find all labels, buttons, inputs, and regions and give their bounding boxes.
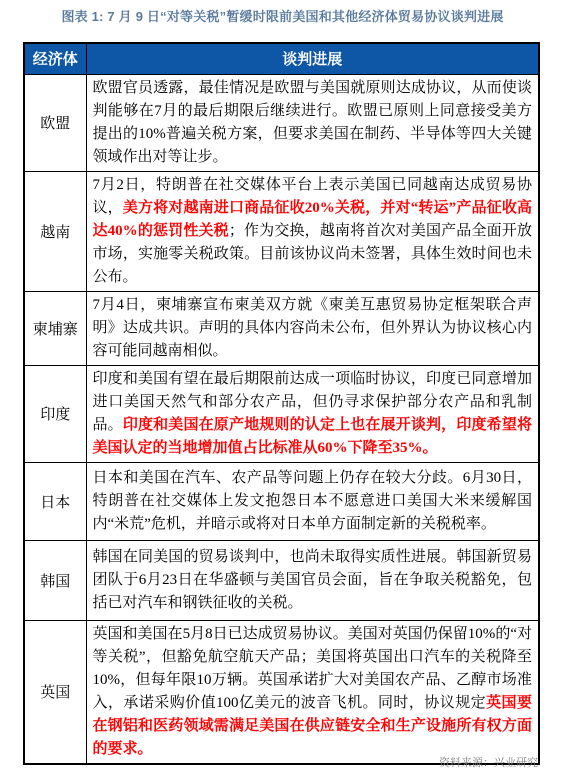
source-note: 资料来源：兴业研究 [0,754,538,770]
header-economy: 经济体 [24,43,86,74]
trade-negotiation-table: 经济体 谈判进展 欧盟 欧盟官员透露，最佳情况是欧盟与美国就原则达成协议，从而使… [23,42,540,765]
table-row: 印度 印度和美国有望在最后期限前达成一项临时协议，印度已同意增加进口美国天然气和… [24,365,539,462]
progress-cell: 英国和美国在5月8日已达成贸易协议。美国对英国仍保留10%的“对等关税”，但豁免… [86,620,539,764]
table-row: 越南 7月2日，特朗普在社交媒体平台上表示美国已同越南达成贸易协议，美方将对越南… [24,171,539,291]
progress-cell: 7月2日，特朗普在社交媒体平台上表示美国已同越南达成贸易协议，美方将对越南进口商… [86,171,539,291]
progress-cell: 欧盟官员透露，最佳情况是欧盟与美国就原则达成协议，从而使谈判能够在7月的最后期限… [86,74,539,171]
progress-cell: 7月4日，柬埔寨宣布柬美双方就《柬美互惠贸易协定框架联合声明》达成共识。声明的具… [86,291,539,365]
economy-cell: 英国 [24,620,86,764]
table-row: 韩国 韩国在同美国的贸易谈判中，也尚未取得实质性进展。韩国新贸易团队于6月23日… [24,540,539,620]
progress-segment-highlight: 印度和美国在原产地规则的认定上也在展开谈判，印度希望将美国认定的当地增加值占比标… [93,417,532,456]
progress-cell: 韩国在同美国的贸易谈判中，也尚未取得实质性进展。韩国新贸易团队于6月23日在华盛… [86,540,539,620]
table-row: 欧盟 欧盟官员透露，最佳情况是欧盟与美国就原则达成协议，从而使谈判能够在7月的最… [24,74,539,171]
table-body: 欧盟 欧盟官员透露，最佳情况是欧盟与美国就原则达成协议，从而使谈判能够在7月的最… [24,74,539,764]
progress-segment: 日本和美国在汽车、农产品等问题上仍存在较大分歧。6月30日，特朗普在社交媒体上发… [93,470,533,532]
economy-cell: 印度 [24,365,86,462]
header-progress: 谈判进展 [86,43,539,74]
progress-cell: 印度和美国有望在最后期限前达成一项临时协议，印度已同意增加进口美国天然气和部分农… [86,365,539,462]
progress-segment: 韩国在同美国的贸易谈判中，也尚未取得实质性进展。韩国新贸易团队于6月23日在华盛… [93,549,533,611]
table-row: 柬埔寨 7月4日，柬埔寨宣布柬美双方就《柬美互惠贸易协定框架联合声明》达成共识。… [24,291,539,365]
economy-cell: 越南 [24,171,86,291]
table-header-row: 经济体 谈判进展 [24,43,539,74]
economy-cell: 韩国 [24,540,86,620]
progress-segment: 7月4日，柬埔寨宣布柬美双方就《柬美互惠贸易协定框架联合声明》达成共识。声明的具… [93,297,533,359]
progress-segment: 英国和美国在5月8日已达成贸易协议。美国对英国仍保留10%的“对等关税”，但豁免… [93,626,533,711]
economy-cell: 欧盟 [24,74,86,171]
progress-cell: 日本和美国在汽车、农产品等问题上仍存在较大分歧。6月30日，特朗普在社交媒体上发… [86,462,539,540]
table-row: 英国 英国和美国在5月8日已达成贸易协议。美国对英国仍保留10%的“对等关税”，… [24,620,539,764]
economy-cell: 柬埔寨 [24,291,86,365]
economy-cell: 日本 [24,462,86,540]
table-row: 日本 日本和美国在汽车、农产品等问题上仍存在较大分歧。6月30日，特朗普在社交媒… [24,462,539,540]
figure-title: 图表 1: 7 月 9 日“对等关税”暂缓时限前美国和其他经济体贸易协议谈判进展 [0,6,565,25]
progress-segment: 欧盟官员透露，最佳情况是欧盟与美国就原则达成协议，从而使谈判能够在7月的最后期限… [93,80,533,165]
